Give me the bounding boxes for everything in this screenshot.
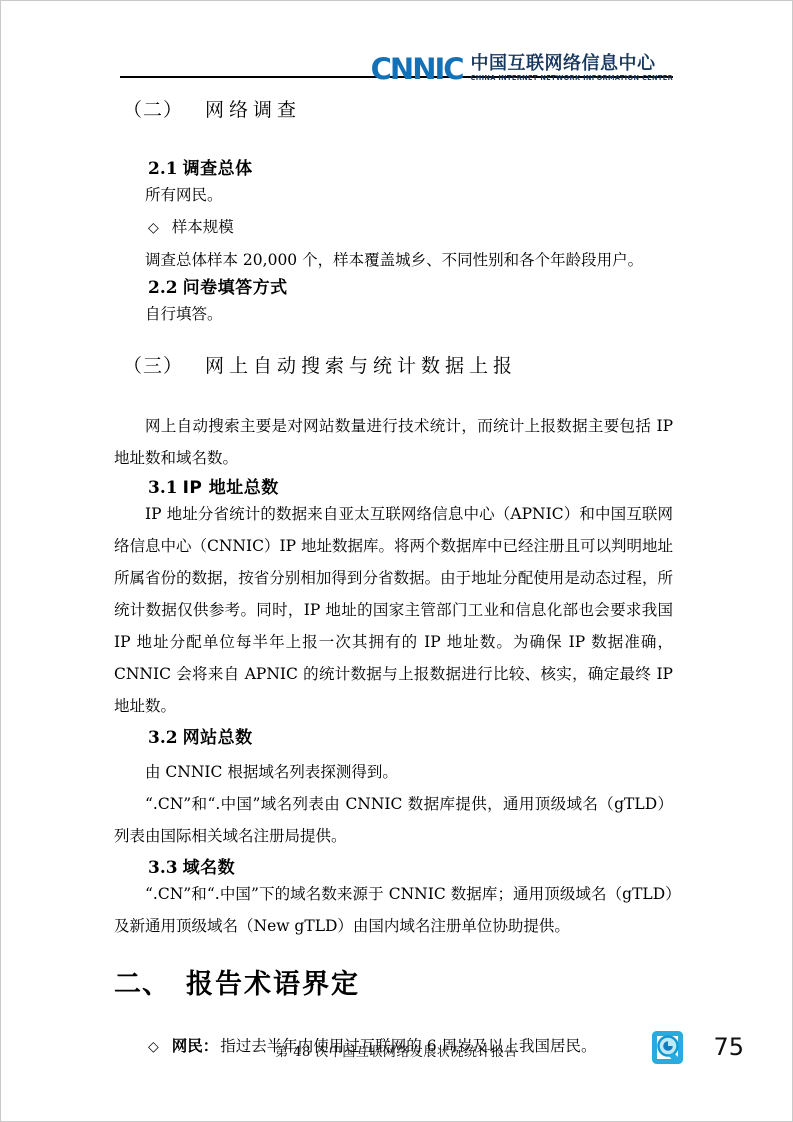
subheading-3-2: 3.2网站总数 xyxy=(114,728,673,748)
paragraph-website-count-1: 由 CNNIC 根据域名列表探测得到。 xyxy=(114,756,673,788)
section-3-title: 网上自动搜索与统计数据上报 xyxy=(205,355,517,377)
paragraph-ip-address: IP 地址分省统计的数据来自亚太互联网络信息中心（APNIC）和中国互联网络信息… xyxy=(114,498,673,722)
page-footer: 第 48 次中国互联网络发展状况统计报告 75 xyxy=(1,1031,792,1101)
subheading-3-3: 3.3域名数 xyxy=(114,858,673,878)
subheading-2-2-title: 问卷填答方式 xyxy=(183,278,288,298)
magnifier-document-icon xyxy=(652,1031,688,1068)
paragraph-domain-count: “.CN”和“.中国”下的域名数来源于 CNNIC 数据库；通用顶级域名（gTL… xyxy=(114,878,673,942)
bullet-sample-size: ◇样本规模 xyxy=(114,211,673,244)
section-heading-2: （二）网络调查 xyxy=(114,98,673,122)
cnnic-wordmark: CNNIC xyxy=(371,55,463,84)
cnnic-logo: CNNIC 中国互联网络信息中心 CHINA INTERNET NETWORK … xyxy=(371,53,673,84)
subheading-3-2-title: 网站总数 xyxy=(183,728,253,748)
subheading-3-1: 3.1IP 地址总数 xyxy=(114,478,673,498)
page-header: CNNIC 中国互联网络信息中心 CHINA INTERNET NETWORK … xyxy=(120,1,673,78)
bullet-sample-size-label: 样本规模 xyxy=(172,218,234,236)
subheading-3-2-number: 3.2 xyxy=(148,728,178,748)
subheading-2-1-number: 2.1 xyxy=(148,159,178,179)
section-2-title: 网络调查 xyxy=(205,99,301,121)
page-content: （二）网络调查 2.1调查总体 所有网民。 ◇样本规模 调查总体样本 20,00… xyxy=(114,98,673,1063)
subheading-2-2-number: 2.2 xyxy=(148,278,178,298)
document-page: CNNIC 中国互联网络信息中心 CHINA INTERNET NETWORK … xyxy=(0,0,793,1122)
section-2-label: （二） xyxy=(123,99,183,121)
subheading-3-3-title: 域名数 xyxy=(183,858,236,878)
subheading-2-1: 2.1调查总体 xyxy=(114,159,673,179)
paragraph-survey-population: 所有网民。 xyxy=(114,179,673,211)
subheading-2-1-title: 调查总体 xyxy=(183,159,253,179)
cnnic-logo-english: CHINA INTERNET NETWORK INFORMATION CENTE… xyxy=(471,74,673,83)
chapter-heading-title: 报告术语界定 xyxy=(186,969,360,1000)
subheading-3-1-title: IP 地址总数 xyxy=(183,478,279,498)
subheading-3-1-number: 3.1 xyxy=(148,478,178,498)
section-3-label: （三） xyxy=(123,355,183,377)
subheading-3-3-number: 3.3 xyxy=(148,858,178,878)
cnnic-logo-text: 中国互联网络信息中心 CHINA INTERNET NETWORK INFORM… xyxy=(471,53,673,83)
page-number: 75 xyxy=(713,1033,744,1061)
cnnic-logo-chinese: 中国互联网络信息中心 xyxy=(471,53,673,74)
chapter-heading-terms: 二、报告术语界定 xyxy=(114,968,673,1002)
subheading-2-2: 2.2问卷填答方式 xyxy=(114,278,673,298)
paragraph-website-count-2: “.CN”和“.中国”域名列表由 CNNIC 数据库提供，通用顶级域名（gTLD… xyxy=(114,788,673,852)
paragraph-sample-size: 调查总体样本 20,000 个，样本覆盖城乡、不同性别和各个年龄段用户。 xyxy=(114,244,673,276)
paragraph-self-answer: 自行填答。 xyxy=(114,298,673,330)
paragraph-section3-intro: 网上自动搜索主要是对网站数量进行技术统计，而统计上报数据主要包括 IP 地址数和… xyxy=(114,410,673,474)
section-heading-3: （三）网上自动搜索与统计数据上报 xyxy=(114,354,673,378)
chapter-heading-label: 二、 xyxy=(114,969,170,1000)
diamond-bullet-icon: ◇ xyxy=(148,220,159,236)
